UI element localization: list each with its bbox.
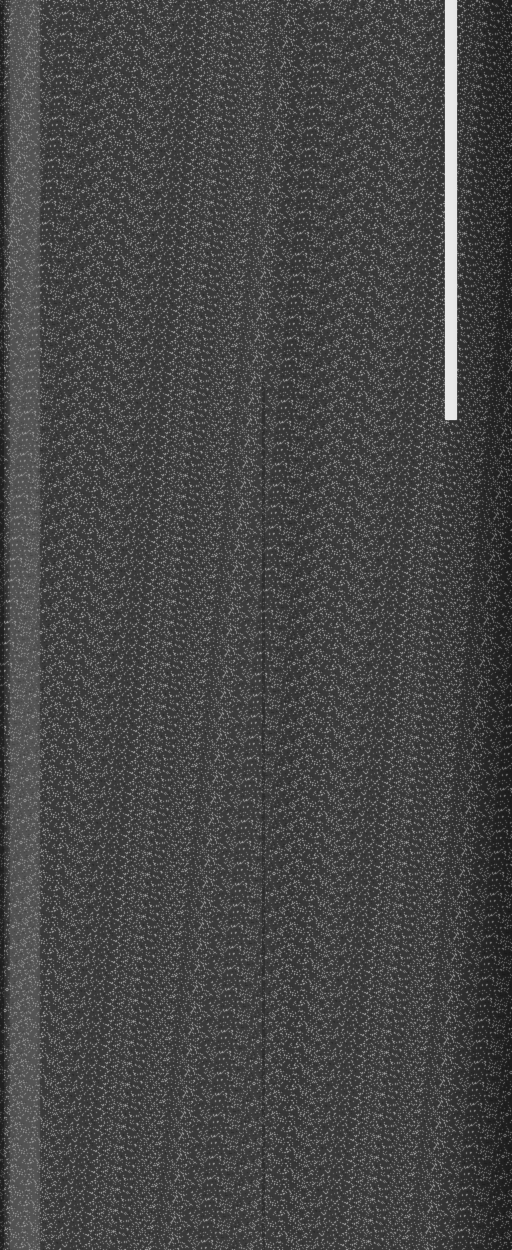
road-shoulder-band	[10, 0, 40, 1250]
road-surface-photo	[0, 0, 512, 1250]
right-edge-shadow	[452, 0, 512, 1250]
road-edge	[0, 0, 4, 1250]
pavement-seam	[262, 380, 265, 1250]
asphalt-texture	[0, 0, 512, 1250]
